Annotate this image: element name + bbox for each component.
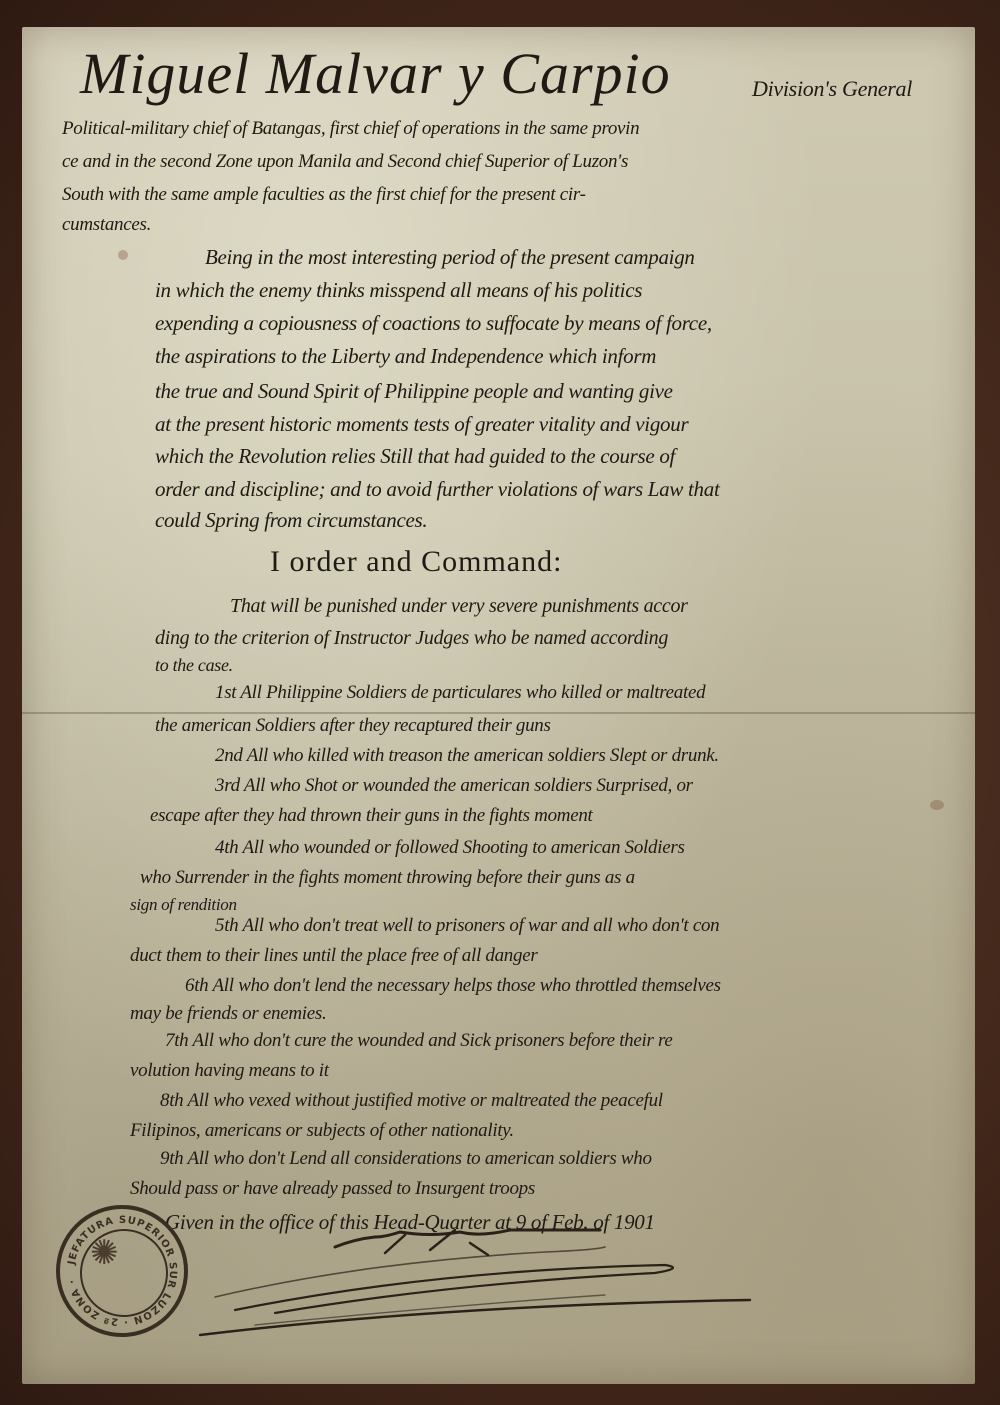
order-2-line: 2nd All who killed with treason the amer…	[215, 745, 719, 767]
seal-text-ring: JEFATURA SUPERIOR SUR LUZON · 2ª ZONA ·	[60, 1209, 184, 1333]
command-line: to the case.	[155, 655, 233, 676]
order-5-line: 5th All who don't treat well to prisoner…	[215, 915, 719, 937]
order-4-line: 4th All who wounded or followed Shooting…	[215, 837, 685, 859]
body-line: in which the enemy thinks misspend all m…	[155, 278, 642, 303]
order-9-line: 9th All who don't Lend all consideration…	[160, 1148, 652, 1170]
body-line: the true and Sound Spirit of Philippine …	[155, 379, 673, 404]
official-seal: JEFATURA SUPERIOR SUR LUZON · 2ª ZONA · …	[56, 1205, 188, 1337]
title-rank: Division's General	[752, 76, 912, 102]
body-line: Being in the most interesting period of …	[205, 245, 695, 270]
preamble-line: South with the same ample faculties as t…	[62, 184, 586, 206]
order-1-line: 1st All Philippine Soldiers de particula…	[215, 682, 705, 704]
seal-emblem-icon: ✺	[90, 1233, 119, 1273]
svg-text:JEFATURA SUPERIOR SUR LUZON ·: JEFATURA SUPERIOR SUR LUZON · 2ª ZONA ·	[66, 1215, 178, 1327]
command-line: ding to the criterion of Instructor Judg…	[155, 627, 668, 650]
order-6-line: 6th All who don't lend the necessary hel…	[185, 975, 721, 997]
body-line: could Spring from circumstances.	[155, 508, 427, 533]
order-heading: I order and Command:	[270, 545, 562, 579]
order-7-line: volution having means to it	[130, 1060, 329, 1082]
preamble-line: cumstances.	[62, 214, 151, 236]
signature	[195, 1225, 755, 1345]
document-title: Miguel Malvar y Carpio	[80, 40, 671, 107]
order-7-line: 7th All who don't cure the wounded and S…	[165, 1030, 673, 1052]
order-8-line: Filipinos, americans or subjects of othe…	[130, 1120, 514, 1142]
command-line: That will be punished under very severe …	[230, 595, 688, 618]
body-line: which the Revolution relies Still that h…	[155, 444, 675, 469]
body-line: expending a copiousness of coactions to …	[155, 311, 712, 336]
paper-fold-line	[22, 712, 975, 714]
order-1-line: the american Soldiers after they recaptu…	[155, 715, 551, 737]
order-4-line: who Surrender in the fights moment throw…	[140, 867, 635, 889]
order-3-line: escape after they had thrown their guns …	[150, 805, 593, 827]
order-9-line: Should pass or have already passed to In…	[130, 1178, 535, 1200]
order-8-line: 8th All who vexed without justified moti…	[160, 1090, 663, 1112]
order-3-line: 3rd All who Shot or wounded the american…	[215, 775, 693, 797]
preamble-line: ce and in the second Zone upon Manila an…	[62, 151, 628, 173]
body-line: order and discipline; and to avoid furth…	[155, 477, 719, 502]
body-line: the aspirations to the Liberty and Indep…	[155, 344, 656, 369]
order-5-line: duct them to their lines until the place…	[130, 945, 537, 967]
ink-stain	[930, 800, 944, 810]
order-4-line: sign of rendition	[130, 895, 237, 915]
body-line: at the present historic moments tests of…	[155, 412, 688, 437]
ink-stain	[118, 250, 128, 260]
order-6-line: may be friends or enemies.	[130, 1003, 326, 1025]
preamble-line: Political-military chief of Batangas, fi…	[62, 118, 639, 140]
